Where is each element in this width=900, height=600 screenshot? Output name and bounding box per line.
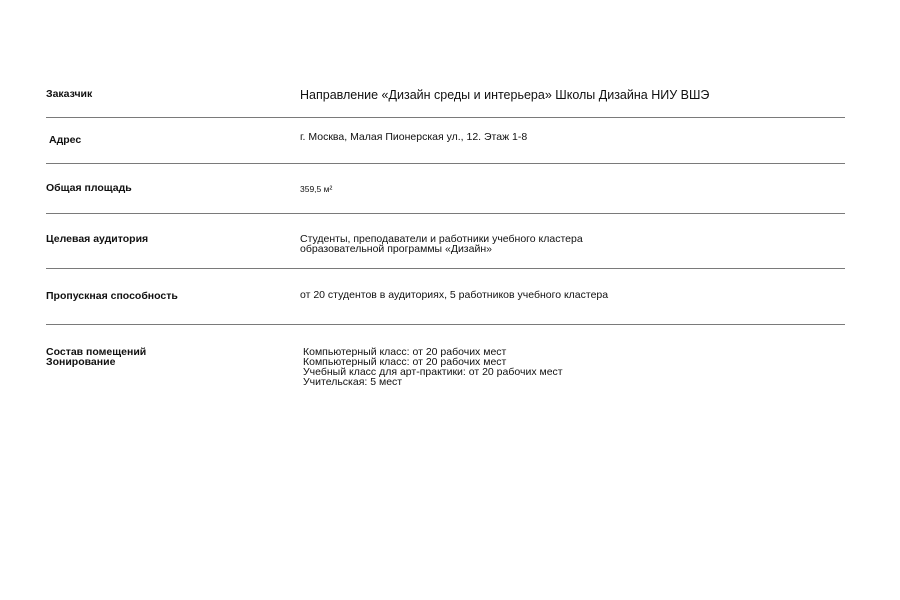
row-label-area: Общая площадь (46, 183, 132, 193)
room-item: Учительская: 5 мест (303, 377, 563, 387)
divider (46, 117, 845, 118)
row-value-capacity: от 20 студентов в аудиториях, 5 работник… (300, 290, 608, 300)
rooms-label-line: Зонирование (46, 357, 146, 367)
row-value-client: Направление «Дизайн среды и интерьера» Ш… (300, 88, 709, 102)
row-label-client: Заказчик (46, 89, 92, 99)
row-value-address: г. Москва, Малая Пионерская ул., 12. Эта… (300, 132, 527, 142)
row-label-audience: Целевая аудитория (46, 234, 148, 244)
row-value-rooms: Компьютерный класс: от 20 рабочих мест К… (303, 347, 563, 387)
row-label-capacity: Пропускная способность (46, 291, 178, 301)
row-label-rooms: Состав помещений Зонирование (46, 347, 146, 367)
row-value-area: 359,5 м² (300, 184, 332, 194)
divider (46, 324, 845, 325)
divider (46, 163, 845, 164)
divider (46, 213, 845, 214)
row-value-audience: Студенты, преподаватели и работники учеб… (300, 234, 583, 254)
row-label-address: Адрес (49, 135, 81, 145)
divider (46, 268, 845, 269)
audience-line: образовательной программы «Дизайн» (300, 244, 583, 254)
